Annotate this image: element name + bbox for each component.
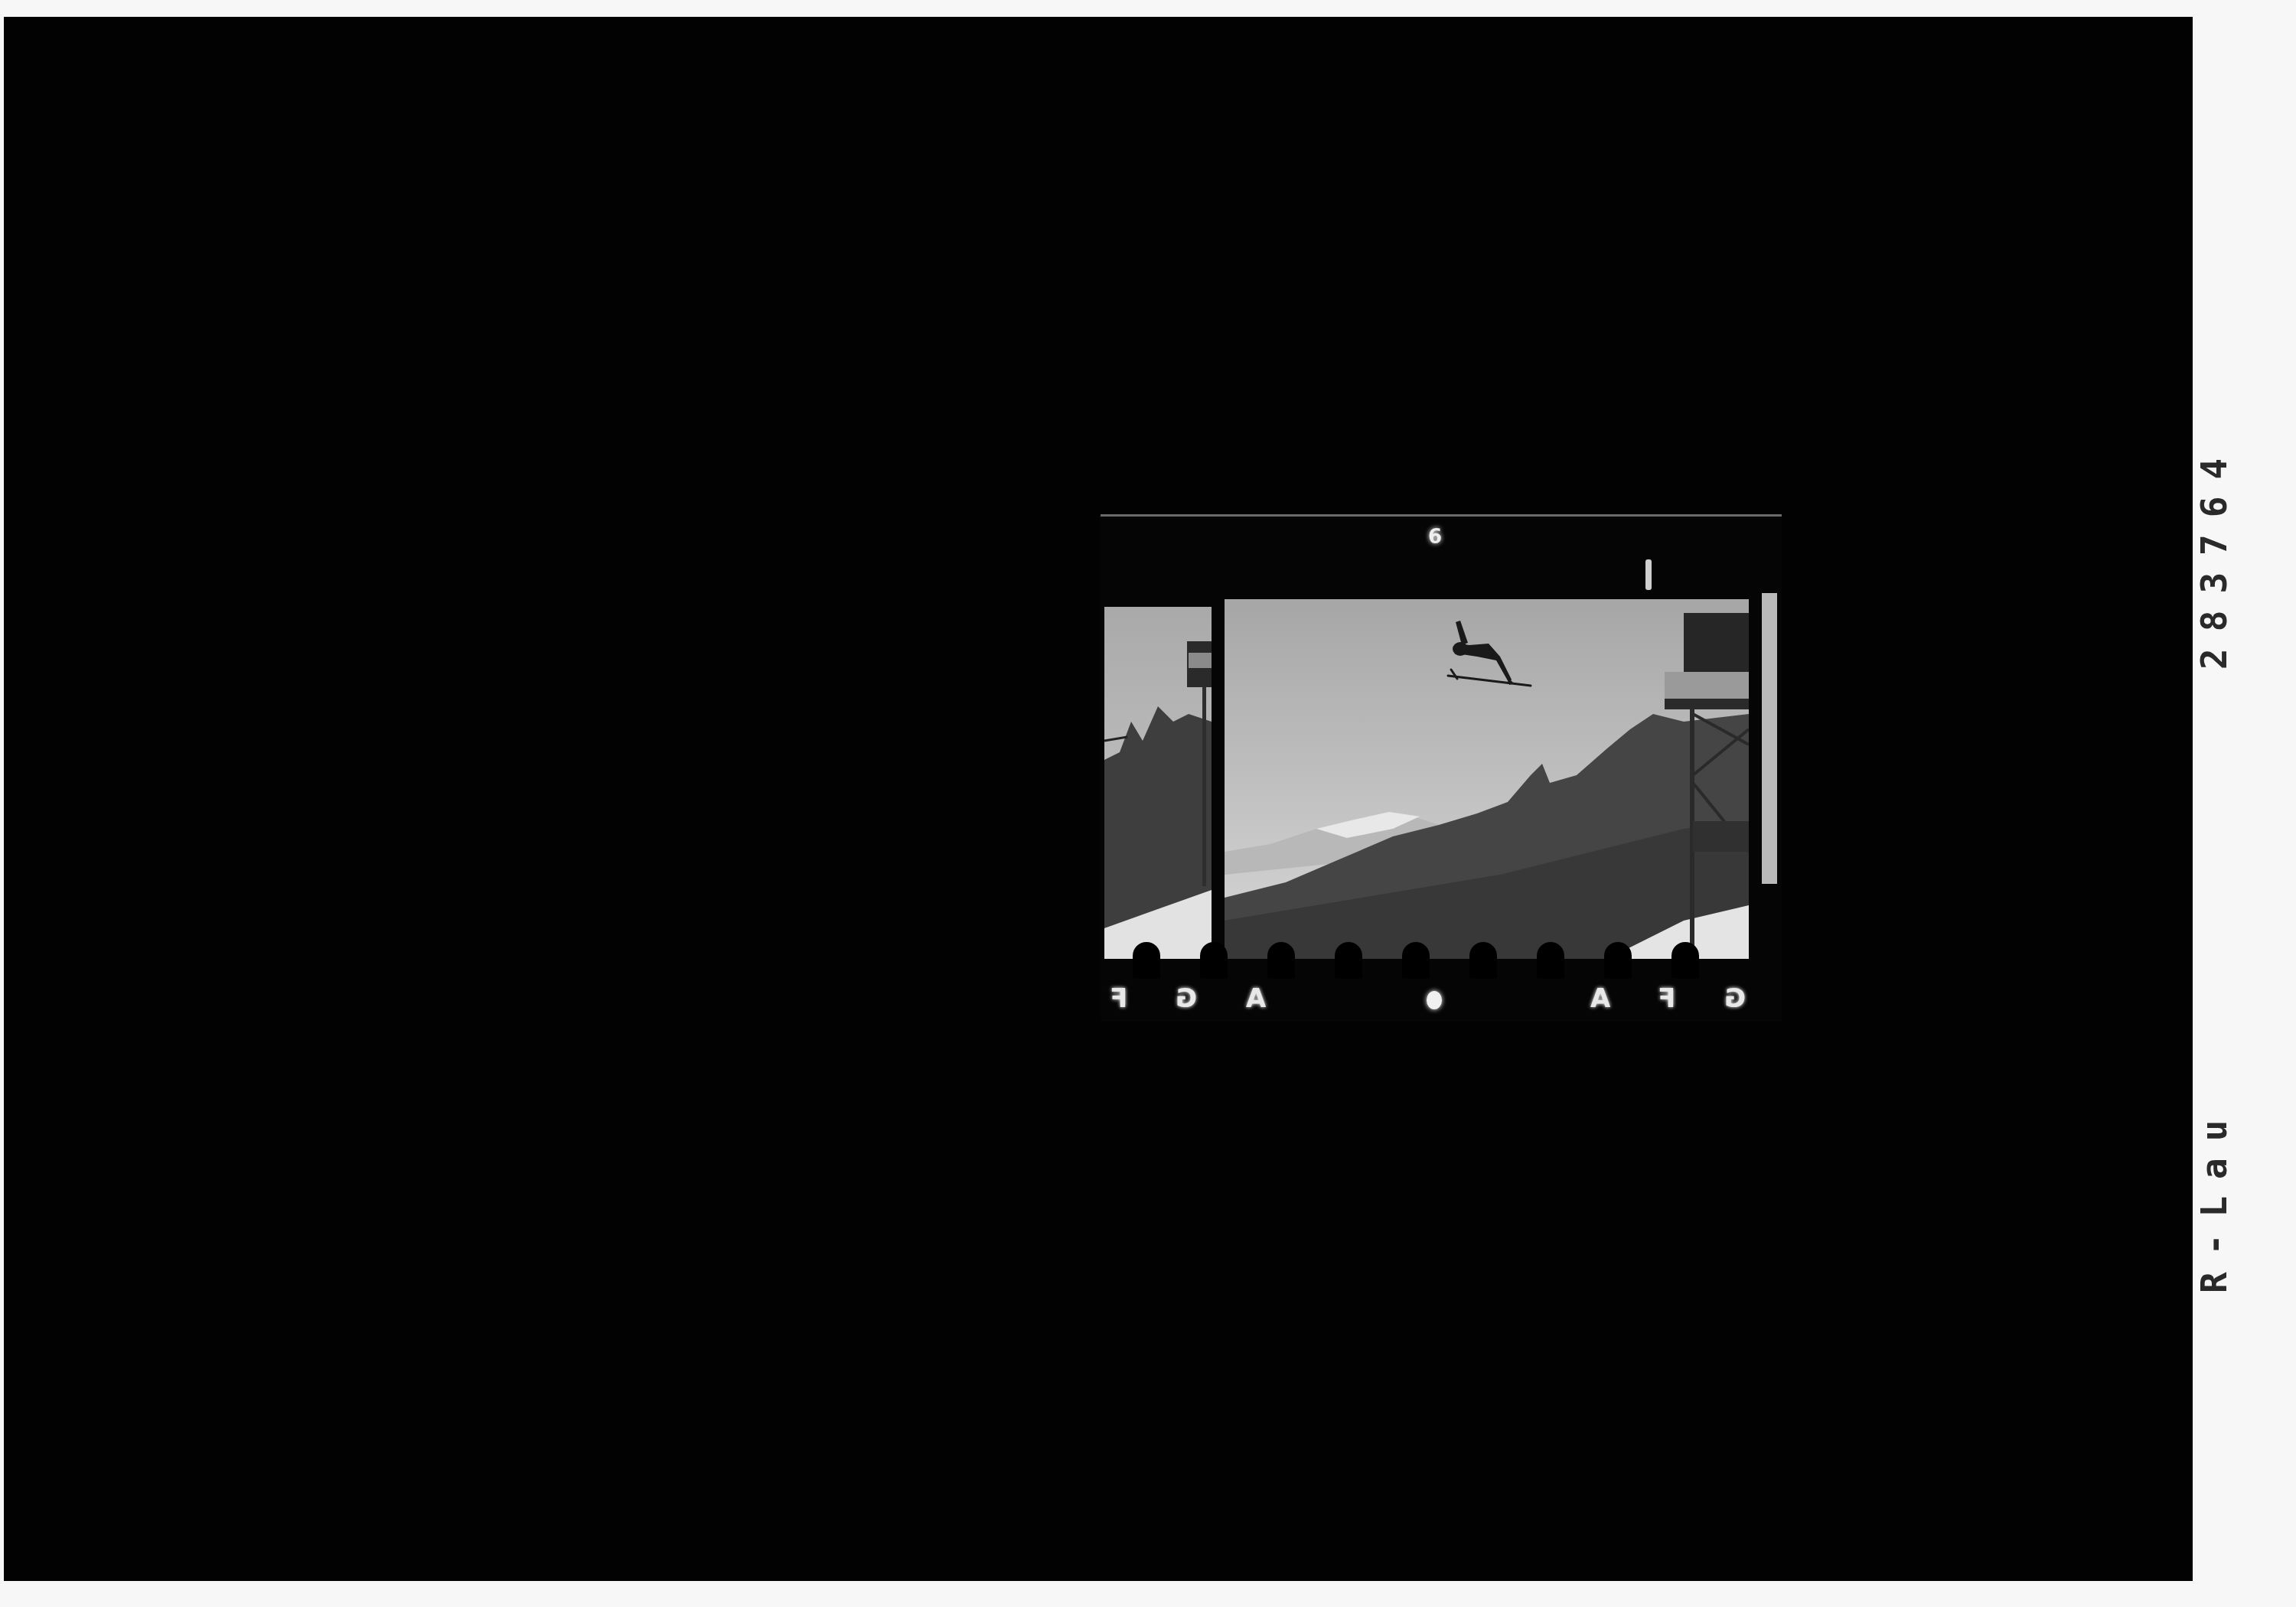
edge-letter: A bbox=[1590, 983, 1610, 1014]
edge-letter: F bbox=[1110, 983, 1127, 1014]
main-photo-frame bbox=[1225, 599, 1749, 959]
edge-letter: A bbox=[1246, 983, 1266, 1014]
film-edge-print: F G A A F G bbox=[1101, 983, 1782, 1014]
edge-dot bbox=[1427, 991, 1442, 1009]
edge-letter: F bbox=[1658, 983, 1675, 1014]
edge-letter: G bbox=[1176, 983, 1197, 1014]
edge-letter: G bbox=[1724, 983, 1746, 1014]
film-perforation bbox=[1200, 942, 1228, 979]
film-perforation bbox=[1671, 942, 1699, 979]
film-perforation bbox=[1604, 942, 1632, 979]
archive-code-label: R-Lau bbox=[2193, 1103, 2235, 1293]
film-perforation bbox=[1537, 942, 1564, 979]
right-partial-frame bbox=[1762, 593, 1777, 884]
film-perforation bbox=[1335, 942, 1362, 979]
film-perforation bbox=[1402, 942, 1430, 979]
frame-number: 6 bbox=[1428, 526, 1442, 549]
film-edge-mark bbox=[1645, 559, 1652, 590]
film-perforation bbox=[1469, 942, 1497, 979]
film-strip: 6 bbox=[1101, 514, 1782, 1022]
left-partial-frame bbox=[1104, 607, 1212, 959]
film-perforation bbox=[1133, 942, 1160, 979]
film-perforation bbox=[1267, 942, 1295, 979]
archive-number-label: 283764 bbox=[2193, 442, 2235, 670]
scan-background bbox=[4, 17, 2193, 1581]
